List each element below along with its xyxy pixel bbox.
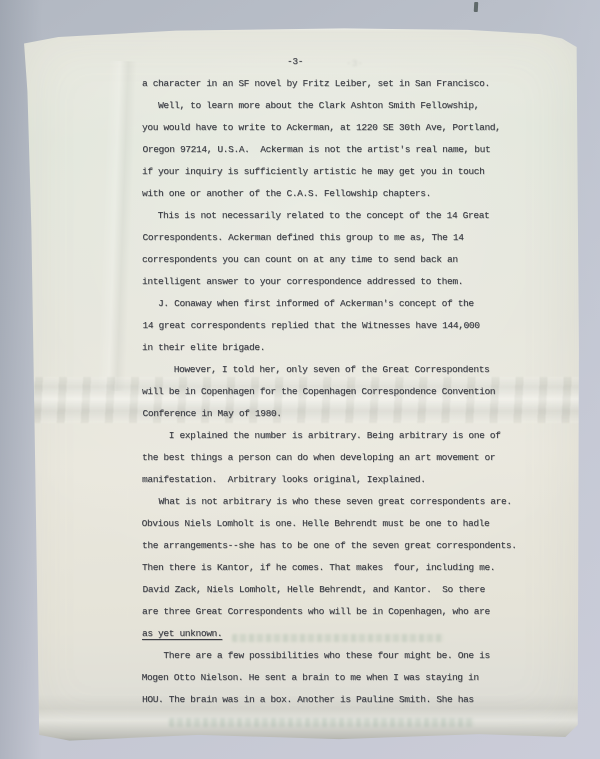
text-line: What is not arbitrary is who these seven… <box>143 491 543 513</box>
text-line: Conference in May of 1980. <box>143 403 543 425</box>
text-line: There are a few possibilities who these … <box>142 645 542 667</box>
bleedthrough-text-upper <box>232 634 444 642</box>
text-line: correspondents you can count on at any t… <box>142 249 542 271</box>
text-line: I explained the number is arbitrary. Bei… <box>142 425 542 447</box>
text-line: you would have to write to Ackerman, at … <box>142 117 542 139</box>
page-number-smudge: -3- <box>346 53 363 75</box>
photo-background: -3- -3- a character in an SF novel by Fr… <box>0 0 600 759</box>
text-line: the arrangements--she has to be one of t… <box>142 535 542 557</box>
text-line: will be in Copenhagen for the Copenhagen… <box>142 381 542 403</box>
text-line: intelligent answer to your correspondenc… <box>142 271 542 293</box>
text-line: in their elite brigade. <box>142 337 542 359</box>
text-line: J. Conaway when first informed of Ackerm… <box>142 293 542 315</box>
text-line: Mogen Otto Nielson. He sent a brain to m… <box>142 667 542 689</box>
paper-crease-left <box>97 61 136 392</box>
text-line: Obvious Niels Lomholt is one. Helle Behr… <box>142 513 542 535</box>
text-line: if your inquiry is sufficiently artistic… <box>142 161 542 183</box>
text-line: Well, to learn more about the Clark Asht… <box>142 95 542 117</box>
typed-lines: a character in an SF novel by Fritz Leib… <box>142 73 542 711</box>
text-line: However, I told her, only seven of the G… <box>142 359 542 381</box>
text-line: HOU. The brain was in a box. Another is … <box>142 689 542 711</box>
text-line: the best things a person can do when dev… <box>142 447 542 469</box>
text-line: with one or another of the C.A.S. Fellow… <box>142 183 542 205</box>
text-line: David Zack, Niels Lomholt, Helle Behrend… <box>143 579 543 601</box>
text-line: Correspondents. Ackerman defined this gr… <box>143 227 543 249</box>
text-line: Then there is Kantor, if he comes. That … <box>142 557 542 579</box>
text-line: manifestation. Arbitrary looks original,… <box>142 469 542 491</box>
page-number: -3- <box>287 51 303 73</box>
text-line: a character in an SF novel by Fritz Leib… <box>142 73 542 95</box>
paper-sheet: -3- -3- a character in an SF novel by Fr… <box>19 27 580 742</box>
bleedthrough-text-lower <box>169 718 475 727</box>
text-line: are three Great Correspondents who will … <box>142 601 542 623</box>
text-line: Oregon 97214, U.S.A. Ackerman is not the… <box>143 139 543 161</box>
stray-ink-mark <box>474 2 479 12</box>
text-line: This is not necessarily related to the c… <box>142 205 542 227</box>
text-line: 14 great correspondents replied that the… <box>143 315 543 337</box>
